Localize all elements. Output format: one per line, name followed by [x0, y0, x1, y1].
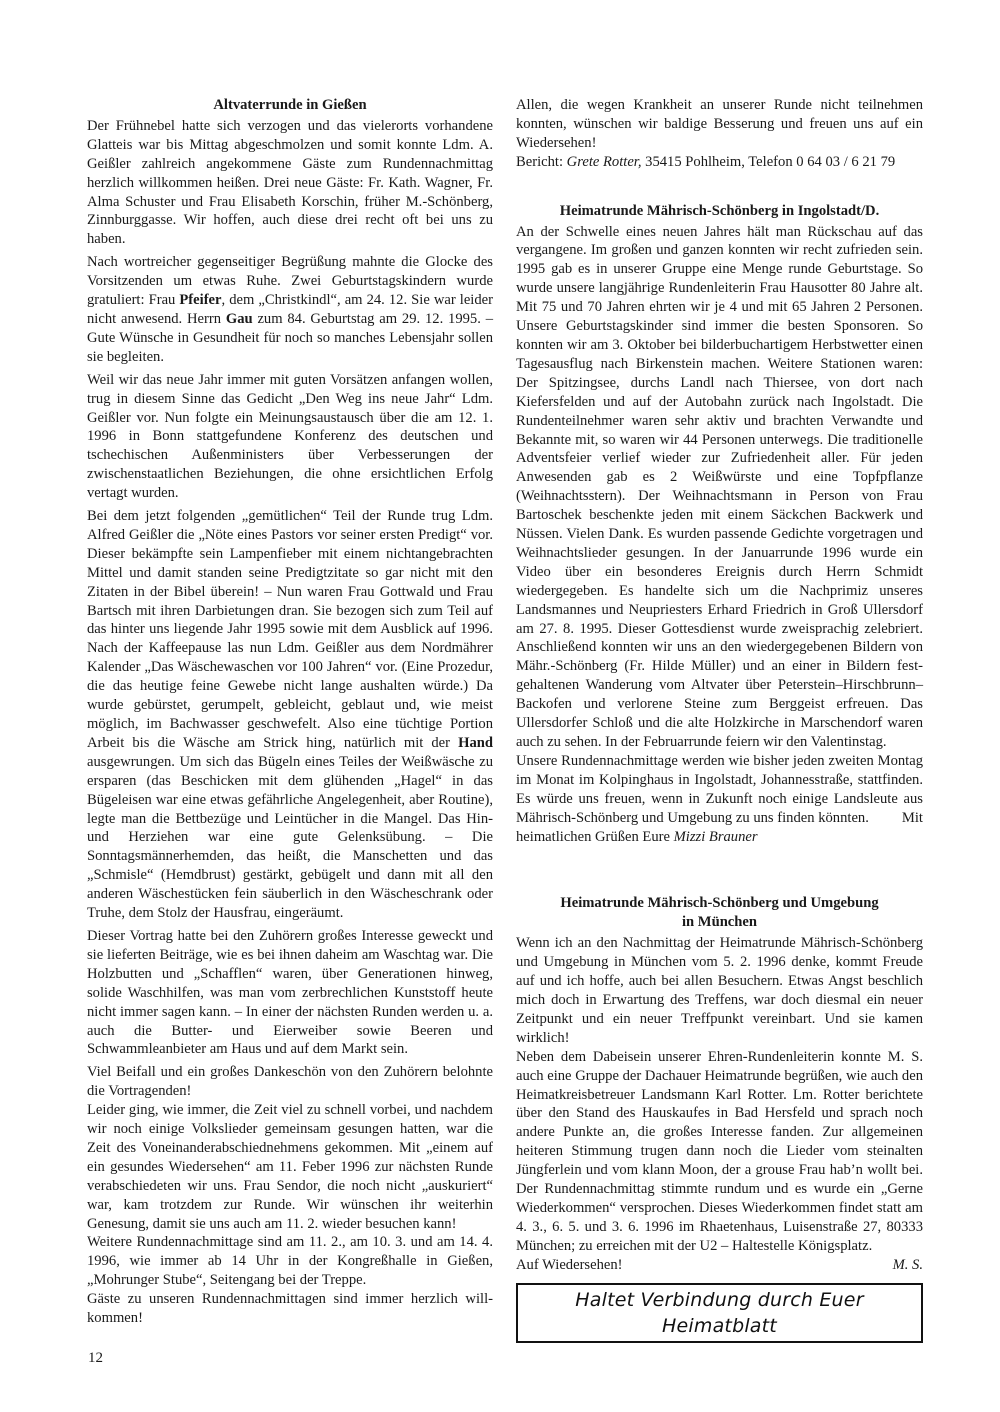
- paragraph: Unsere Rundennachmittage werden wie bish…: [516, 752, 923, 847]
- report-label: Bericht:: [516, 154, 567, 170]
- paragraph: Bei dem jetzt folgenden „gemütlichen“ Te…: [87, 507, 493, 923]
- paragraph: Weil wir das neue Jahr immer mit guten V…: [87, 371, 493, 503]
- title-line: Heimatrunde Mährisch-Schönberg und Umgeb…: [560, 895, 878, 911]
- article-ingolstadt: Heimatrunde Mährisch-Schönberg in Ingols…: [516, 202, 923, 847]
- report-author: Grete Rotter,: [567, 154, 642, 170]
- name-bold: Pfeifer: [179, 292, 221, 308]
- paragraph: Gäste zu unseren Rundennachmittagen sind…: [87, 1290, 493, 1328]
- slogan-text: Haltet Verbindung durch Euer Heimatblatt: [575, 1289, 863, 1337]
- emphasis-bold: Hand: [458, 735, 493, 751]
- paragraph: Der Frühnebel hatte sich verzogen und da…: [87, 117, 493, 249]
- article-muenchen: Heimatrunde Mährisch-Schönberg und Umgeb…: [516, 894, 923, 1274]
- report-address: 35415 Pohlheim, Telefon 0 64 03 / 6 21 7…: [642, 154, 896, 170]
- article-title: Heimatrunde Mährisch-Schönberg und Umgeb…: [516, 894, 923, 932]
- slogan-box: Haltet Verbindung durch Euer Heimatblatt: [516, 1283, 923, 1343]
- text-run: Bei dem jetzt folgenden „gemütlichen“ Te…: [87, 508, 493, 751]
- paragraph: Neben dem Dabeisein unserer Ehren-Runden…: [516, 1048, 923, 1256]
- spacer: [516, 172, 923, 202]
- signature: Mizzi Brauner: [674, 829, 758, 845]
- article-title: Altvaterrunde in Gießen: [87, 96, 493, 115]
- paragraph: Allen, die wegen Krankheit an unserer Ru…: [516, 96, 923, 153]
- paragraph: Dieser Vortrag hatte bei den Zuhörern gr…: [87, 927, 493, 1059]
- paragraph: An der Schwelle eines neuen Jahres hält …: [516, 223, 923, 752]
- paragraph: Viel Beifall und ein großes Dankeschön v…: [87, 1063, 493, 1101]
- title-line: in München: [682, 914, 757, 930]
- signature-line: Auf Wiedersehen! M. S.: [516, 1256, 923, 1275]
- article-continuation: Allen, die wegen Krankheit an unserer Ru…: [516, 96, 923, 172]
- page-number: 12: [88, 1350, 103, 1367]
- article-altvaterrunde-giessen: Altvaterrunde in Gießen Der Frühnebel ha…: [87, 96, 493, 1328]
- paragraph: Weitere Rundennachmittage sind am 11. 2.…: [87, 1233, 493, 1290]
- paragraph: Leider ging, wie immer, die Zeit viel zu…: [87, 1101, 493, 1233]
- name-bold: Gau: [226, 311, 253, 327]
- text-run: ausgewrungen. Um sich das Bügeln eines T…: [87, 754, 493, 921]
- paragraph: Wenn ich an den Nachmittag der Heimatrun…: [516, 934, 923, 1047]
- right-column: Allen, die wegen Krankheit an unserer Ru…: [516, 96, 923, 1343]
- paragraph: Nach wortreicher gegenseitiger Begrüßung…: [87, 253, 493, 366]
- left-column: Altvaterrunde in Gießen Der Frühnebel ha…: [87, 96, 493, 1328]
- text-run: Unsere Rundennachmittage werden wie bish…: [516, 753, 923, 826]
- report-credit: Bericht: Grete Rotter, 35415 Pohlheim, T…: [516, 153, 923, 172]
- farewell-text: Auf Wiedersehen!: [516, 1256, 623, 1275]
- signature: M. S.: [893, 1256, 923, 1275]
- spacer: [516, 846, 923, 894]
- article-title: Heimatrunde Mährisch-Schönberg in Ingols…: [516, 202, 923, 221]
